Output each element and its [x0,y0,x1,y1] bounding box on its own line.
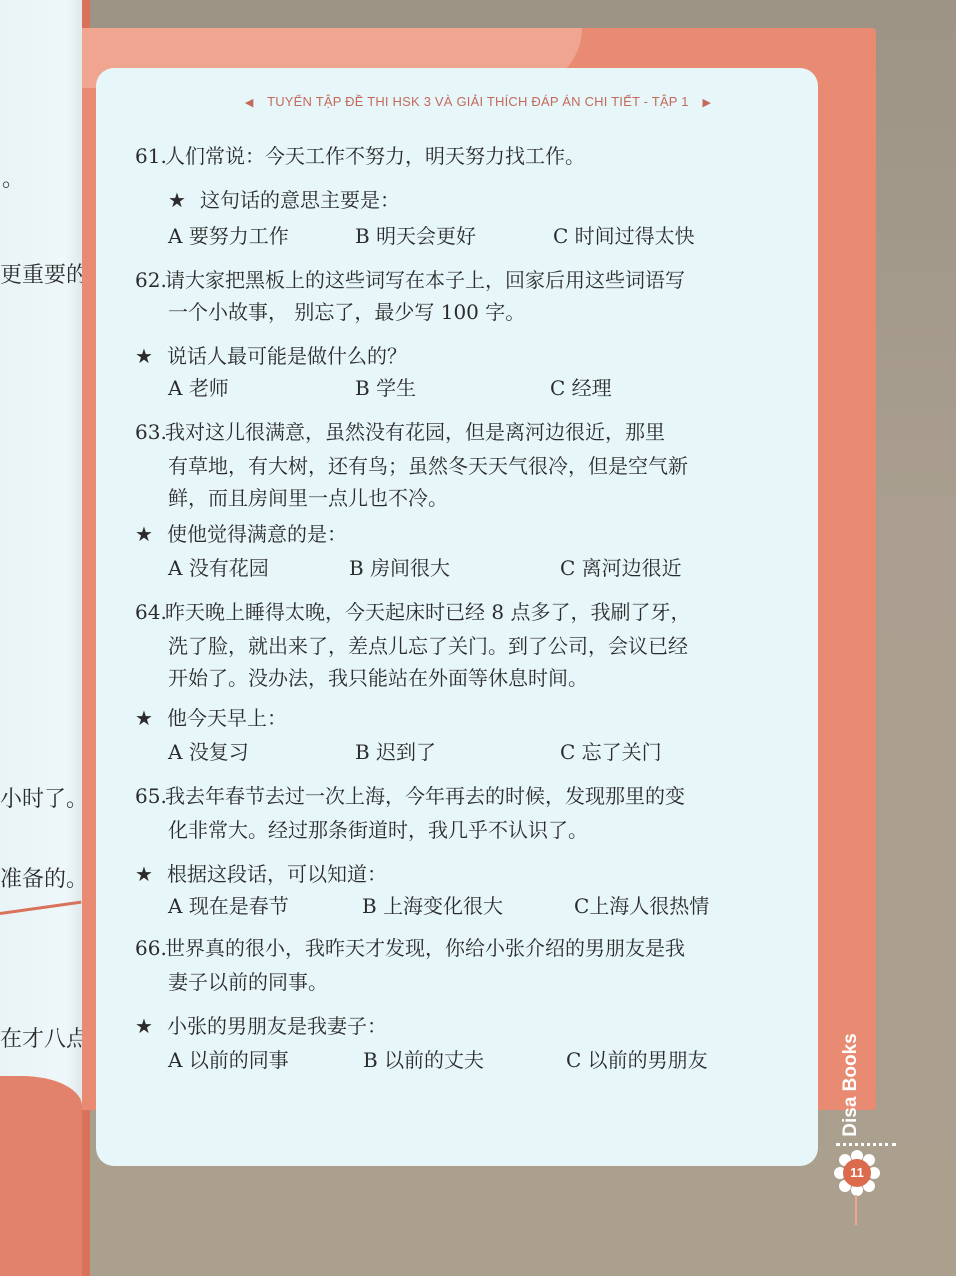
star-icon: ★ [135,518,167,550]
option-text: 上海人很热情 [589,894,709,918]
question-number: 61. [135,140,165,172]
option-c: C 经理 [550,372,612,404]
question-64: 64.昨天晚上睡得太晚，今天起床时已经 8 点多了，我刷了牙， [135,596,690,628]
option-letter: A [168,740,182,764]
question-62: 62.请大家把黑板上的这些词写在本子上，回家后用这些词语写 [135,264,685,296]
question-text: 我对这儿很满意，虽然没有花园，但是离河边很近，那里 [165,420,665,444]
question-text-line: 开始了。没办法，我只能站在外面等休息时间。 [168,662,588,694]
prompt-text: 根据这段话，可以知道： [167,862,387,886]
question-text-line: 妻子以前的同事。 [168,966,328,998]
option-letter: A [168,376,182,400]
flower-stem-decoration [855,1195,857,1225]
question-prompt: ★使他觉得满意的是： [135,518,347,550]
star-icon: ★ [135,340,167,372]
option-text: 老师 [189,376,229,400]
question-prompt: ★这句话的意思主要是： [168,184,400,216]
left-page-fragment: 更重要的 [0,258,88,289]
question-text-line: 洗了脸，就出来了，差点儿忘了关门。到了公司，会议已经 [168,630,688,662]
question-61: 61.人们常说：今天工作不努力，明天努力找工作。 [135,140,585,172]
question-text: 昨天晚上睡得太晚，今天起床时已经 8 点多了，我刷了牙， [165,600,690,624]
option-text: 明天会更好 [376,224,476,248]
option-letter: C [560,740,575,764]
star-icon: ★ [168,184,200,216]
option-b: B 房间很大 [349,552,450,584]
question-prompt: ★说话人最可能是做什么的？ [135,340,407,372]
left-page-fragment: 小时了。 [0,782,88,813]
option-c: C上海人很热情 [574,890,709,922]
option-a: A 现在是春节 [168,890,289,922]
publisher-brand: Disa Books [836,1030,866,1140]
left-page-fragment: 在才八点 [0,1022,88,1053]
option-text: 没有花园 [189,556,269,580]
brand-text: Disa Books [840,1033,862,1136]
prompt-text: 使他觉得满意的是： [167,522,347,546]
option-letter: C [574,894,589,918]
option-letter: B [355,740,370,764]
option-text: 学生 [376,376,416,400]
option-letter: A [168,556,182,580]
option-letter: A [168,1048,182,1072]
star-icon: ★ [135,702,167,734]
option-letter: A [168,224,182,248]
option-text: 以前的同事 [189,1048,289,1072]
option-letter: C [566,1048,581,1072]
option-a: A 没有花园 [168,552,269,584]
question-text-line: 鲜，而且房间里一点儿也不冷。 [168,482,448,514]
option-text: 上海变化很大 [383,894,503,918]
left-page: 。 更重要的 小时了。 准备的。 在才八点 [0,0,90,1276]
option-text: 经理 [572,376,612,400]
next-arrow-icon: ▶ [703,97,712,109]
question-number: 66. [135,932,165,964]
option-b: B 明天会更好 [355,220,476,252]
star-icon: ★ [135,1010,167,1042]
question-text: 请大家把黑板上的这些词写在本子上，回家后用这些词语写 [165,268,685,292]
prompt-text: 小张的男朋友是我妻子： [167,1014,387,1038]
option-a: A 以前的同事 [168,1044,289,1076]
option-text: 离河边很近 [582,556,682,580]
page-number: 11 [843,1159,871,1187]
question-prompt: ★根据这段话，可以知道： [135,858,387,890]
option-letter: B [355,376,370,400]
option-c: C 离河边很近 [560,552,682,584]
question-number: 63. [135,416,165,448]
prompt-text: 他今天早上： [167,706,287,730]
question-text: 世界真的很小，我昨天才发现，你给小张介绍的男朋友是我 [165,936,685,960]
option-text: 时间过得太快 [575,224,695,248]
option-text: 房间很大 [370,556,450,580]
left-page-fragment: 。 [2,162,24,193]
option-b: B 以前的丈夫 [363,1044,484,1076]
option-letter: C [550,376,565,400]
question-number: 62. [135,264,165,296]
option-c: C 忘了关门 [560,736,662,768]
option-a: A 老师 [168,372,229,404]
question-number: 64. [135,596,165,628]
option-text: 迟到了 [376,740,436,764]
option-letter: A [168,894,182,918]
option-text: 忘了关门 [582,740,662,764]
option-text: 要努力工作 [189,224,289,248]
option-letter: B [363,1048,378,1072]
left-page-divider [0,901,81,915]
left-page-fragment: 准备的。 [0,862,88,893]
option-letter: C [553,224,568,248]
option-c: C 以前的男朋友 [566,1044,708,1076]
question-text: 我去年春节去过一次上海，今年再去的时候，发现那里的变 [165,784,685,808]
option-a: A 要努力工作 [168,220,289,252]
question-text: 人们常说：今天工作不努力，明天努力找工作。 [165,144,585,168]
option-b: B 迟到了 [355,736,436,768]
flower-icon: 11 [834,1150,880,1196]
option-b: B 上海变化很大 [362,890,503,922]
question-63: 63.我对这儿很满意，虽然没有花园，但是离河边很近，那里 [135,416,665,448]
option-c: C 时间过得太快 [553,220,695,252]
option-letter: B [349,556,364,580]
dotted-divider [836,1143,896,1146]
option-letter: B [362,894,377,918]
prev-arrow-icon: ◀ [245,97,254,109]
question-text-line: 化非常大。经过那条街道时，我几乎不认识了。 [168,814,588,846]
star-icon: ★ [135,858,167,890]
running-header: ◀ TUYỂN TẬP ĐỀ THI HSK 3 VÀ GIẢI THÍCH Đ… [0,94,956,109]
left-page-footer-band [0,1076,82,1276]
option-text: 以前的男朋友 [588,1048,708,1072]
option-a: A 没复习 [168,736,249,768]
question-prompt: ★小张的男朋友是我妻子： [135,1010,387,1042]
prompt-text: 说话人最可能是做什么的？ [167,344,407,368]
option-text: 以前的丈夫 [384,1048,484,1072]
question-66: 66.世界真的很小，我昨天才发现，你给小张介绍的男朋友是我 [135,932,685,964]
option-letter: C [560,556,575,580]
question-prompt: ★他今天早上： [135,702,287,734]
option-text: 没复习 [189,740,249,764]
question-65: 65.我去年春节去过一次上海，今年再去的时候，发现那里的变 [135,780,685,812]
question-number: 65. [135,780,165,812]
header-title: TUYỂN TẬP ĐỀ THI HSK 3 VÀ GIẢI THÍCH ĐÁP… [267,94,689,109]
question-text-line: 一个小故事， 别忘了，最少写 100 字。 [168,296,525,328]
prompt-text: 这句话的意思主要是： [200,188,400,212]
question-text-line: 有草地，有大树，还有鸟；虽然冬天天气很冷，但是空气新 [168,450,688,482]
option-text: 现在是春节 [189,894,289,918]
option-letter: B [355,224,370,248]
option-b: B 学生 [355,372,416,404]
